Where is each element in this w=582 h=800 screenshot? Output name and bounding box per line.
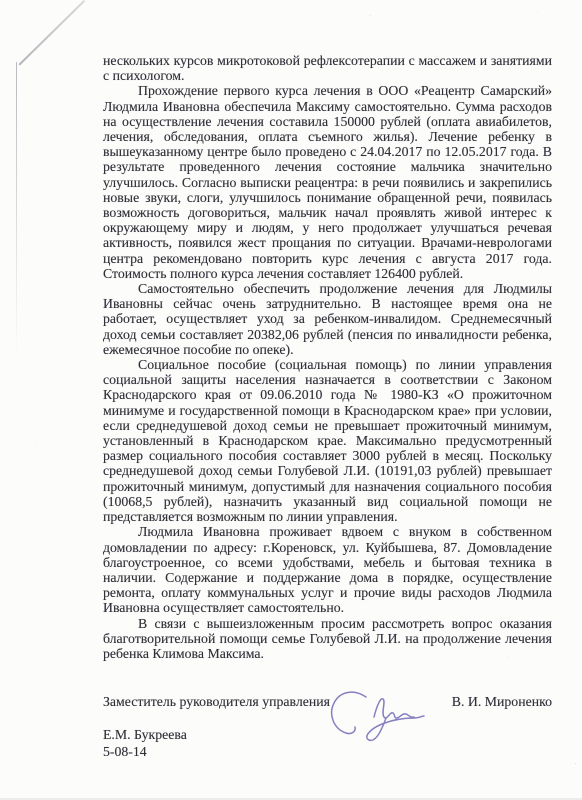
body-paragraph: Прохождение первого курса лечения в ООО …	[103, 83, 552, 281]
executor-name: Е.М. Букреева	[103, 727, 187, 744]
handwritten-signature	[326, 687, 448, 753]
document-page: нескольких курсов микротоковой рефлексот…	[0, 0, 582, 800]
body-paragraph: Людмила Ивановна проживает вдвоем с внук…	[103, 524, 552, 615]
scan-specks	[0, 0, 1, 1]
body-paragraph: Самостоятельно обеспечить продолжение ле…	[103, 281, 552, 357]
scan-page-corner-edge	[18, 0, 85, 66]
executor-phone: 5-08-14	[103, 744, 187, 761]
scan-page-left-edge	[16, 62, 17, 357]
body-paragraph: Социальное пособие (социальная помощь) п…	[103, 357, 552, 524]
executor-block: Е.М. Букреева 5-08-14	[103, 727, 187, 760]
signer-name: В. И. Мироненко	[452, 694, 552, 710]
letter-body: нескольких курсов микротоковой рефлексот…	[103, 53, 552, 661]
body-paragraph-continuation: нескольких курсов микротоковой рефлексот…	[103, 53, 552, 83]
body-paragraph: В связи с вышеизложенным просим рассмотр…	[103, 616, 552, 662]
signer-position: Заместитель руководителя управления	[103, 694, 330, 710]
